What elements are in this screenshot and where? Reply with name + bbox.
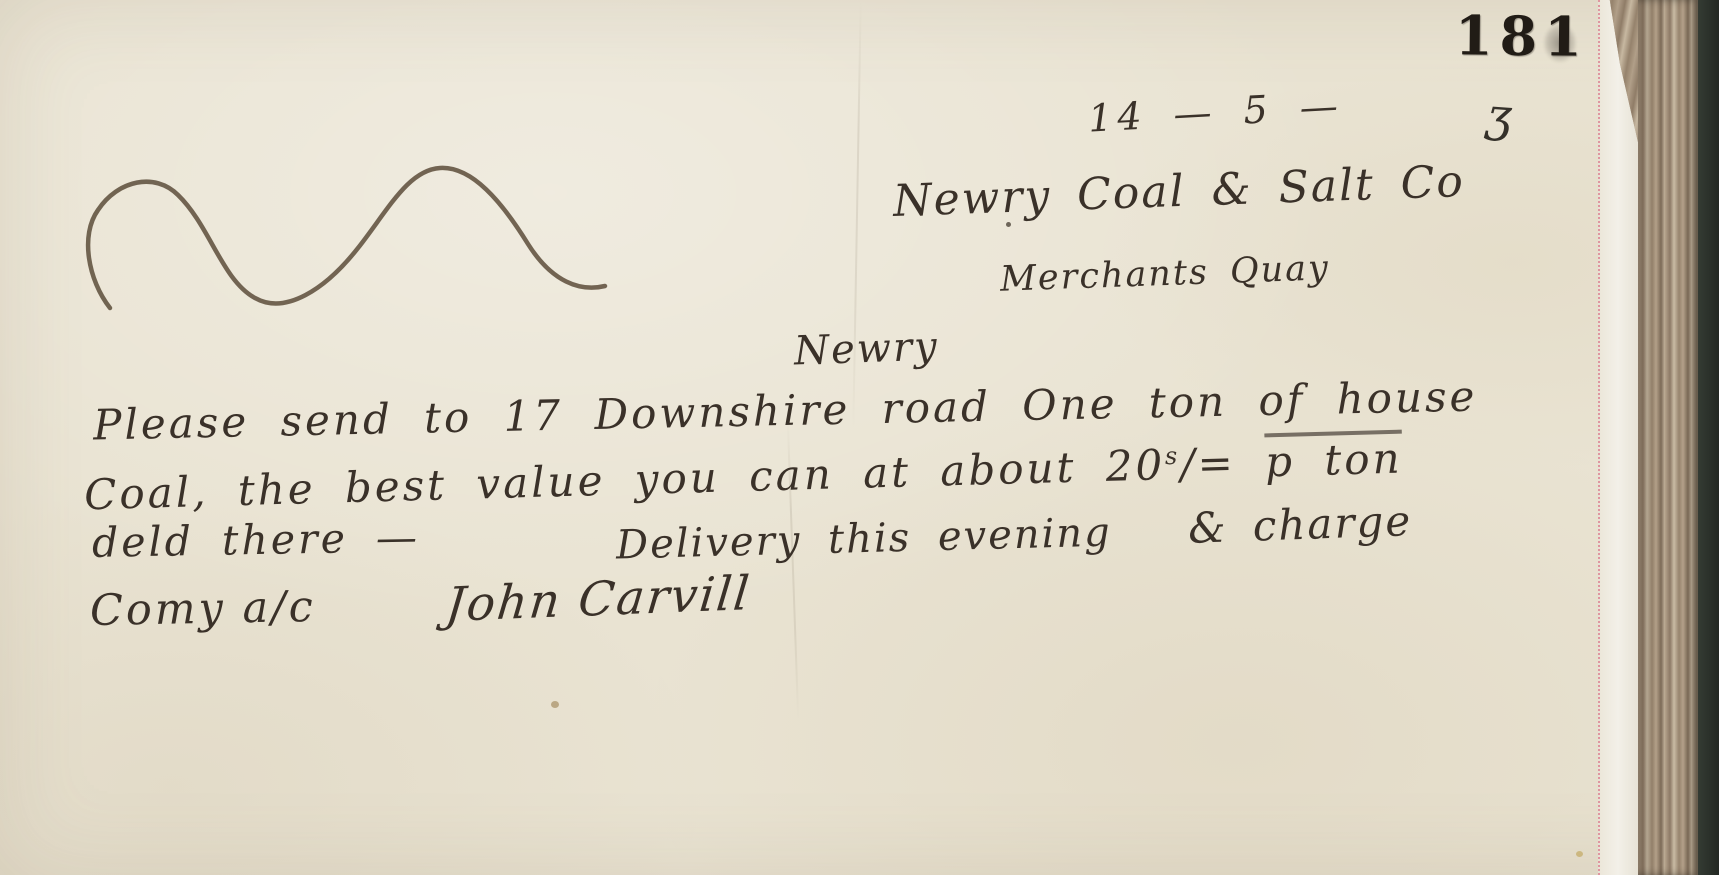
book-page-edges-stack	[1638, 0, 1698, 875]
recipient-name: Newry Coal & Salt Co	[892, 156, 1465, 227]
signature: John Carvill	[443, 566, 753, 633]
letterbook-page-photo: 181 ʒ 14 — 5 — Newry Coal & Salt Co Merc…	[0, 0, 1719, 875]
shillings-superscript: s	[1165, 442, 1181, 470]
per-ton-overlined: p ton	[1264, 434, 1403, 487]
paper-speck	[1576, 851, 1583, 857]
page-edge-white-strip	[1598, 0, 1640, 875]
binding-dark-gap	[1698, 0, 1719, 875]
body-line-3-middle: Delivery this evening	[615, 510, 1112, 569]
paper-speck	[551, 701, 559, 708]
body-line-3-left: deld there —	[92, 513, 421, 567]
recipient-street: Merchants Quay	[999, 248, 1330, 299]
pen-flourish-wave	[70, 140, 630, 320]
price-separator: /=	[1180, 437, 1266, 488]
body-line-2-text: Coal, the best value you can at about 20	[84, 440, 1166, 519]
account-note: Comy a/c	[90, 582, 317, 636]
date-line: 14 — 5 —	[1087, 83, 1344, 140]
page-number: 181	[1455, 3, 1589, 68]
folio-mark: ʒ	[1484, 87, 1514, 143]
recipient-town: Newry	[793, 323, 939, 374]
body-line-3-right: & charge	[1187, 496, 1413, 553]
